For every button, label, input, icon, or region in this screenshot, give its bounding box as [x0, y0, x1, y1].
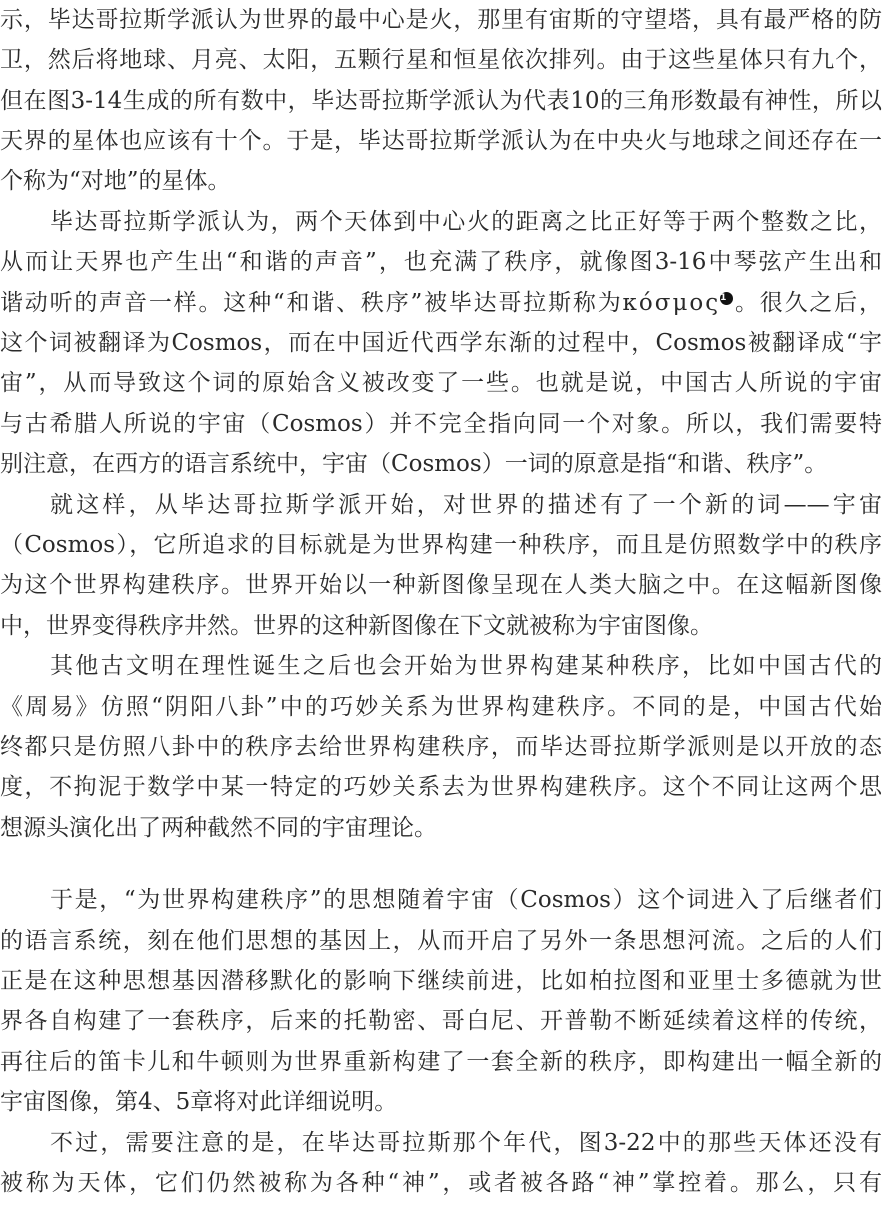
text-line: 宙”，从而导致这个词的原始含义被改变了一些。也就是说，中国古人所说的宇宙 [0, 363, 882, 403]
text-line: 为这个世界构建秩序。世界开始以一种新图像呈现在人类大脑之中。在这幅新图像 [0, 565, 882, 605]
text-line: 想源头演化出了两种截然不同的宇宙理论。 [0, 808, 882, 848]
paragraph-first-line: 就这样，从毕达哥拉斯学派开始，对世界的描述有了一个新的词——宇宙 [0, 485, 882, 525]
text-line: （Cosmos），它所追求的目标就是为世界构建一种秩序，而且是仿照数学中的秩序 [0, 525, 882, 565]
text-line: 再往后的笛卡儿和牛顿则为世界重新构建了一套全新的秩序，即构建出一幅全新的 [0, 1042, 882, 1082]
text-line: 宇宙图像，第4、5章将对此详细说明。 [0, 1082, 882, 1122]
text-line: 从而让天界也产生出“和谐的声音”，也充满了秩序，就像图3-16中琴弦产生出和 [0, 242, 882, 282]
text-line: 界各自构建了一套秩序，后来的托勒密、哥白尼、开普勒不断延续着这样的传统， [0, 1001, 882, 1041]
text-line: 卫，然后将地球、月亮、太阳，五颗行星和恒星依次排列。由于这些星体只有九个， [0, 40, 882, 80]
text-line: 度，不拘泥于数学中某一特定的巧妙关系去为世界构建秩序。这个不同让这两个思 [0, 767, 882, 807]
text-line: 别注意，在西方的语言系统中，宇宙（Cosmos）一词的原意是指“和谐、秩序”。 [0, 444, 882, 484]
text-segment: 谐动听的声音一样。这种“和谐、秩序”被毕达哥拉斯称为 [0, 290, 623, 316]
text-line: 但在图3-14生成的所有数中，毕达哥拉斯学派认为代表10的三角形数最有神性，所以 [0, 81, 882, 121]
text-line: 与古希腊人所说的宇宙（Cosmos）并不完全指向同一个对象。所以，我们需要特 [0, 404, 882, 444]
paragraph-first-line: 不过，需要注意的是，在毕达哥拉斯那个年代，图3-22中的那些天体还没有 [0, 1123, 882, 1163]
text-line: 被称为天体，它们仍然被称为各种“神”，或者被各路“神”掌控着。那么，只有 [0, 1163, 882, 1203]
text-line-with-footnote: 谐动听的声音一样。这种“和谐、秩序”被毕达哥拉斯称为κόσμος1。很久之后， [0, 283, 882, 323]
text-line: 这个词被翻译为Cosmos，而在中国近代西学东渐的过程中，Cosmos被翻译成“… [0, 323, 882, 363]
text-line: 正是在这种思想基因潜移默化的影响下继续前进，比如柏拉图和亚里士多德就为世 [0, 961, 882, 1001]
text-line: 示，毕达哥拉斯学派认为世界的最中心是火，那里有宙斯的守望塔，具有最严格的防 [0, 0, 882, 40]
text-line: 天界的星体也应该有十个。于是，毕达哥拉斯学派认为在中央火与地球之间还存在一 [0, 121, 882, 161]
text-line: 终都只是仿照八卦中的秩序去给世界构建秩序，而毕达哥拉斯学派则是以开放的态 [0, 727, 882, 767]
text-segment: 。很久之后， [733, 290, 882, 316]
text-line: 《周易》仿照“阴阳八卦”中的巧妙关系为世界构建秩序。不同的是，中国古代始 [0, 687, 882, 727]
text-line: 的语言系统，刻在他们思想的基因上，从而开启了另外一条思想河流。之后的人们 [0, 921, 882, 961]
footnote-marker[interactable]: 1 [720, 292, 733, 305]
text-line: 中，世界变得秩序井然。世界的这种新图像在下文就被称为宇宙图像。 [0, 606, 882, 646]
paragraph-first-line: 毕达哥拉斯学派认为，两个天体到中心火的距离之比正好等于两个整数之比， [0, 202, 882, 242]
paragraph-first-line: 于是，“为世界构建秩序”的思想随着宇宙（Cosmos）这个词进入了后继者们 [0, 880, 882, 920]
paragraph-first-line: 其他古文明在理性诞生之后也会开始为世界构建某种秩序，比如中国古代的 [0, 646, 882, 686]
greek-word-kosmos: κόσμος [623, 290, 721, 316]
text-line: 个称为“对地”的星体。 [0, 161, 882, 201]
